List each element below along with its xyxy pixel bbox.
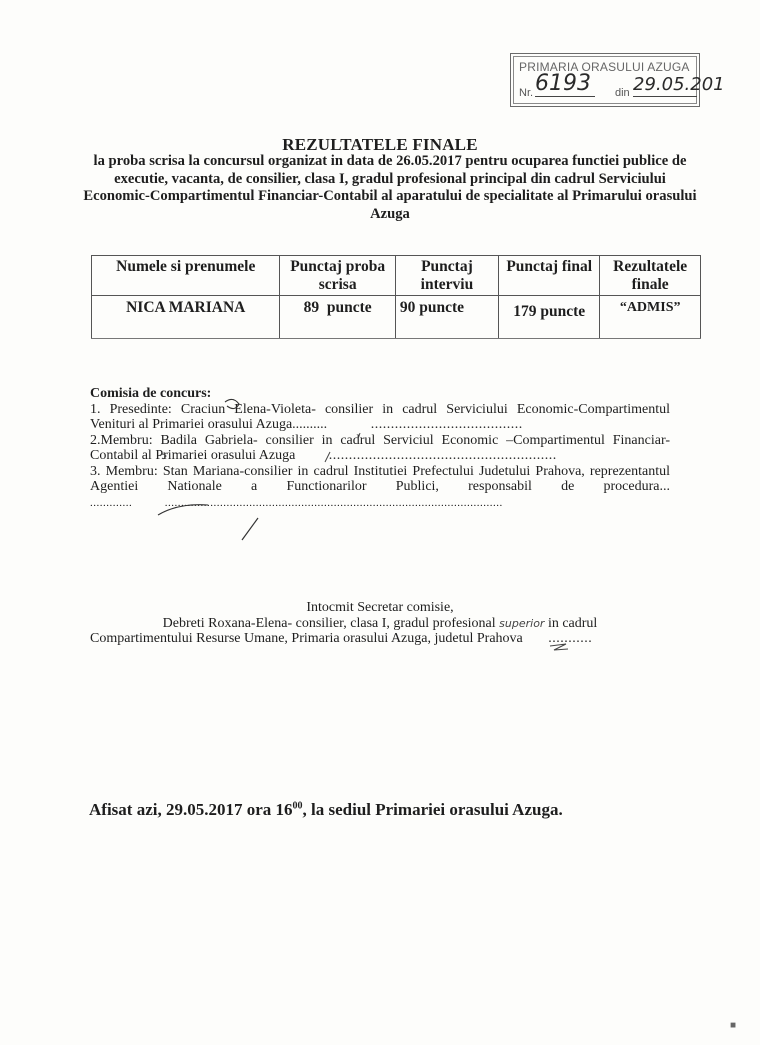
- signature-marks: [0, 0, 760, 1045]
- posting-date-time: Afisat azi, 29.05.2017 ora 16: [89, 800, 293, 819]
- secretary-department: Compartimentului Resurse Umane, Primaria…: [90, 631, 523, 646]
- secretary-name-role: Debreti Roxana-Elena- consilier, clasa I…: [163, 616, 496, 631]
- handwritten-grade: superior: [499, 617, 544, 630]
- secretary-line-2-end: in cadrul: [548, 616, 597, 631]
- secretary-section: Intocmit Secretar comisie, Debreti Roxan…: [80, 600, 680, 647]
- secretary-signature-line: ...........: [548, 631, 592, 646]
- posting-notice: Afisat azi, 29.05.2017 ora 1600, la sedi…: [89, 800, 563, 820]
- scan-mark: ■: [730, 1020, 736, 1031]
- posting-minutes: 00: [293, 800, 303, 811]
- secretary-heading: Intocmit Secretar comisie,: [80, 600, 680, 616]
- secretary-line-2: Debreti Roxana-Elena- consilier, clasa I…: [80, 616, 680, 632]
- secretary-line-3: Compartimentului Resurse Umane, Primaria…: [80, 631, 680, 647]
- posting-location: , la sediul Primariei orasului Azuga.: [303, 800, 563, 819]
